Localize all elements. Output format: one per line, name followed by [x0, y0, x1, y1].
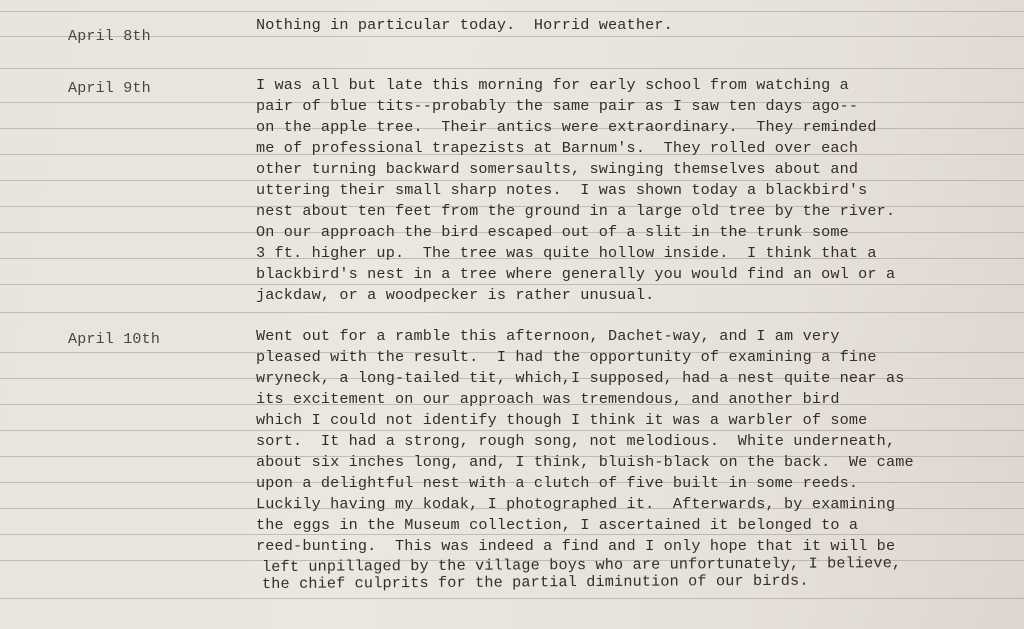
entry-date: April 8th	[68, 28, 151, 45]
entry-line: blackbird's nest in a tree where general…	[256, 265, 895, 283]
entry-line: uttering their small sharp notes. I was …	[256, 181, 867, 199]
entry-line: jackdaw, or a woodpecker is rather unusu…	[256, 286, 654, 304]
entry-line: which I could not identify though I thin…	[256, 411, 867, 429]
entry-line: On our approach the bird escaped out of …	[256, 223, 849, 241]
entry-line: I was all but late this morning for earl…	[256, 76, 849, 94]
entry-date: April 9th	[68, 80, 151, 97]
entry-line: other turning backward somersaults, swin…	[256, 160, 858, 178]
entry-line: sort. It had a strong, rough song, not m…	[256, 432, 895, 450]
entry-line: on the apple tree. Their antics were ext…	[256, 118, 877, 136]
entry-line: pair of blue tits--probably the same pai…	[256, 97, 858, 115]
ruled-lines	[0, 0, 1024, 629]
entry-line: Went out for a ramble this afternoon, Da…	[256, 327, 840, 345]
entry-line: its excitement on our approach was treme…	[256, 390, 840, 408]
entry-line: reed-bunting. This was indeed a find and…	[256, 537, 895, 555]
entry-line: Luckily having my kodak, I photographed …	[256, 495, 895, 513]
entry-line: upon a delightful nest with a clutch of …	[256, 474, 858, 492]
entry-line: about six inches long, and, I think, blu…	[256, 453, 914, 471]
entry-line: the eggs in the Museum collection, I asc…	[256, 516, 858, 534]
entry-line: me of professional trapezists at Barnum'…	[256, 139, 858, 157]
entry-line: Nothing in particular today. Horrid weat…	[256, 16, 673, 34]
entry-line: pleased with the result. I had the oppor…	[256, 348, 877, 366]
entry-date: April 10th	[68, 331, 160, 348]
entry-line: nest about ten feet from the ground in a…	[256, 202, 895, 220]
entry-line: the chief culprits for the partial dimin…	[262, 572, 809, 593]
entry-line: 3 ft. higher up. The tree was quite holl…	[256, 244, 877, 262]
entry-line: wryneck, a long-tailed tit, which,I supp…	[256, 369, 904, 387]
